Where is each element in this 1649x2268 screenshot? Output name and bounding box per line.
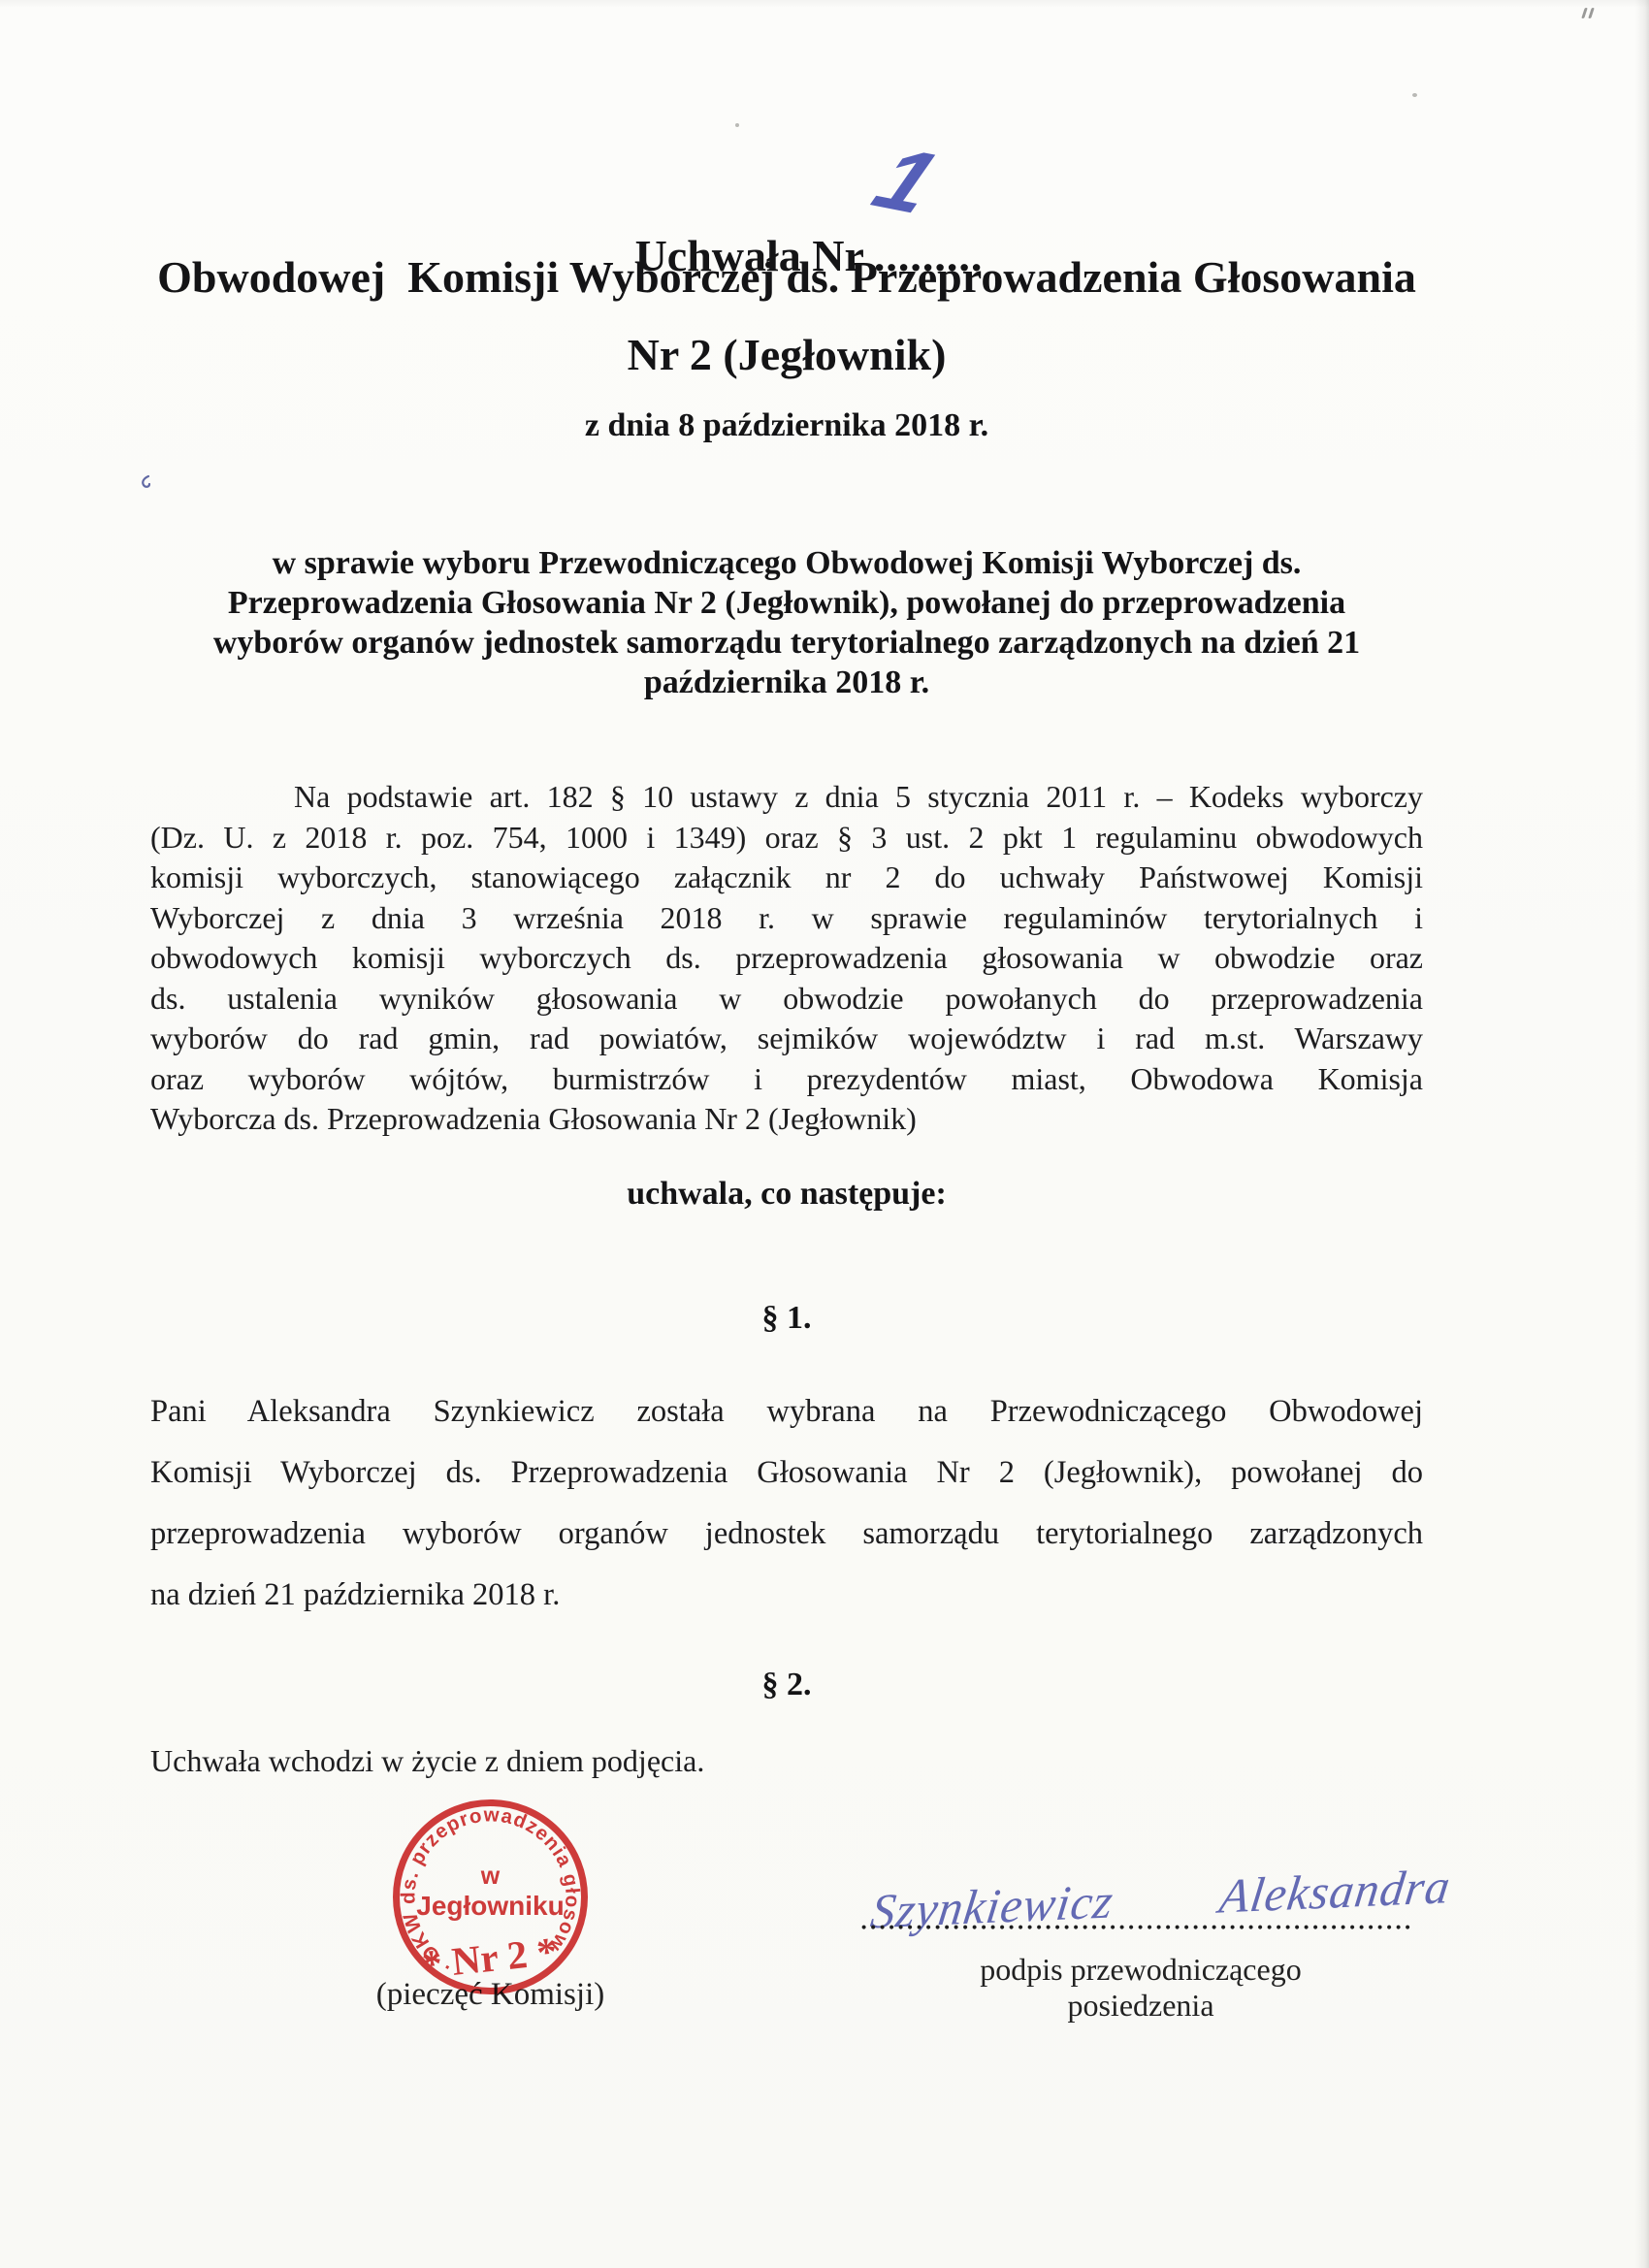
section-2-label: § 2. xyxy=(150,1667,1423,1703)
subject-block: w sprawie wyboru Przewodniczącego Obwodo… xyxy=(150,543,1423,702)
scan-edge-shadow-right xyxy=(1635,0,1649,2268)
section-2-text: Uchwała wchodzi w życie z dniem podjęcia… xyxy=(150,1743,1423,1779)
legal-basis-line: (Dz. U. z 2018 r. poz. 754, 1000 i 1349)… xyxy=(150,818,1423,859)
commission-stamp: · OKW ds. przeprowadzenia głosowania w J… xyxy=(386,1793,595,2001)
signature-dotted-line xyxy=(861,1925,1414,1930)
scanned-resolution-page: Uchwała Nr......... 1 Obwodowej Komisji … xyxy=(0,0,1649,2268)
subject-line: w sprawie wyboru Przewodniczącego Obwodo… xyxy=(150,543,1423,583)
scan-artifact-mark xyxy=(1583,8,1597,21)
subject-line: października 2018 r. xyxy=(150,663,1423,702)
subject-line: Przeprowadzenia Głosowania Nr 2 (Jegłown… xyxy=(150,583,1423,623)
stamp-center-word: w xyxy=(480,1863,501,1890)
section-1-paragraph: Pani Aleksandra Szynkiewicz została wybr… xyxy=(150,1381,1423,1626)
section-1-line: Komisji Wyborczej ds. Przeprowadzenia Gł… xyxy=(150,1442,1423,1504)
signature-caption: podpis przewodniczącego posiedzenia xyxy=(908,1952,1374,2024)
scan-edge-shadow-top xyxy=(0,0,1649,8)
stamp-center-place: Jegłowniku xyxy=(416,1891,564,1921)
legal-basis-line: oraz wyborów wójtów, burmistrzów i prezy… xyxy=(150,1059,1423,1100)
legal-basis-paragraph: Na podstawie art. 182 § 10 ustawy z dnia… xyxy=(150,777,1423,1140)
scan-speck xyxy=(1412,93,1417,97)
section-1-label: § 1. xyxy=(150,1300,1423,1337)
resolution-date: z dnia 8 października 2018 r. xyxy=(150,407,1423,444)
commission-name-line2: Nr 2 (Jegłownik) xyxy=(150,330,1423,380)
section-1-line: Pani Aleksandra Szynkiewicz została wybr… xyxy=(150,1381,1423,1442)
legal-basis-line: ds. ustalenia wyników głosowania w obwod… xyxy=(150,979,1423,1020)
legal-basis-line: wyborów do rad gmin, rad powiatów, sejmi… xyxy=(150,1019,1423,1059)
commission-name-line1: Obwodowej Komisji Wyborczej ds. Przeprow… xyxy=(150,252,1423,303)
section-1-line: przeprowadzenia wyborów organów jednoste… xyxy=(150,1504,1423,1565)
legal-basis-line: Wyborcza ds. Przeprowadzenia Głosowania … xyxy=(150,1099,1423,1140)
legal-basis-line: obwodowych komisji wyborczych ds. przepr… xyxy=(150,938,1423,979)
legal-basis-line: Na podstawie art. 182 § 10 ustawy z dnia… xyxy=(150,777,1423,818)
ink-mark-artifact xyxy=(138,473,153,491)
legal-basis-line: komisji wyborczych, stanowiącego załączn… xyxy=(150,858,1423,898)
section-1-line: na dzień 21 października 2018 r. xyxy=(150,1565,1423,1626)
subject-line: wyborów organów jednostek samorządu tery… xyxy=(150,623,1423,663)
enacting-formula: uchwala, co następuje: xyxy=(150,1176,1423,1213)
legal-basis-line: Wyborczej z dnia 3 września 2018 r. w sp… xyxy=(150,898,1423,939)
scan-speck xyxy=(735,123,739,127)
